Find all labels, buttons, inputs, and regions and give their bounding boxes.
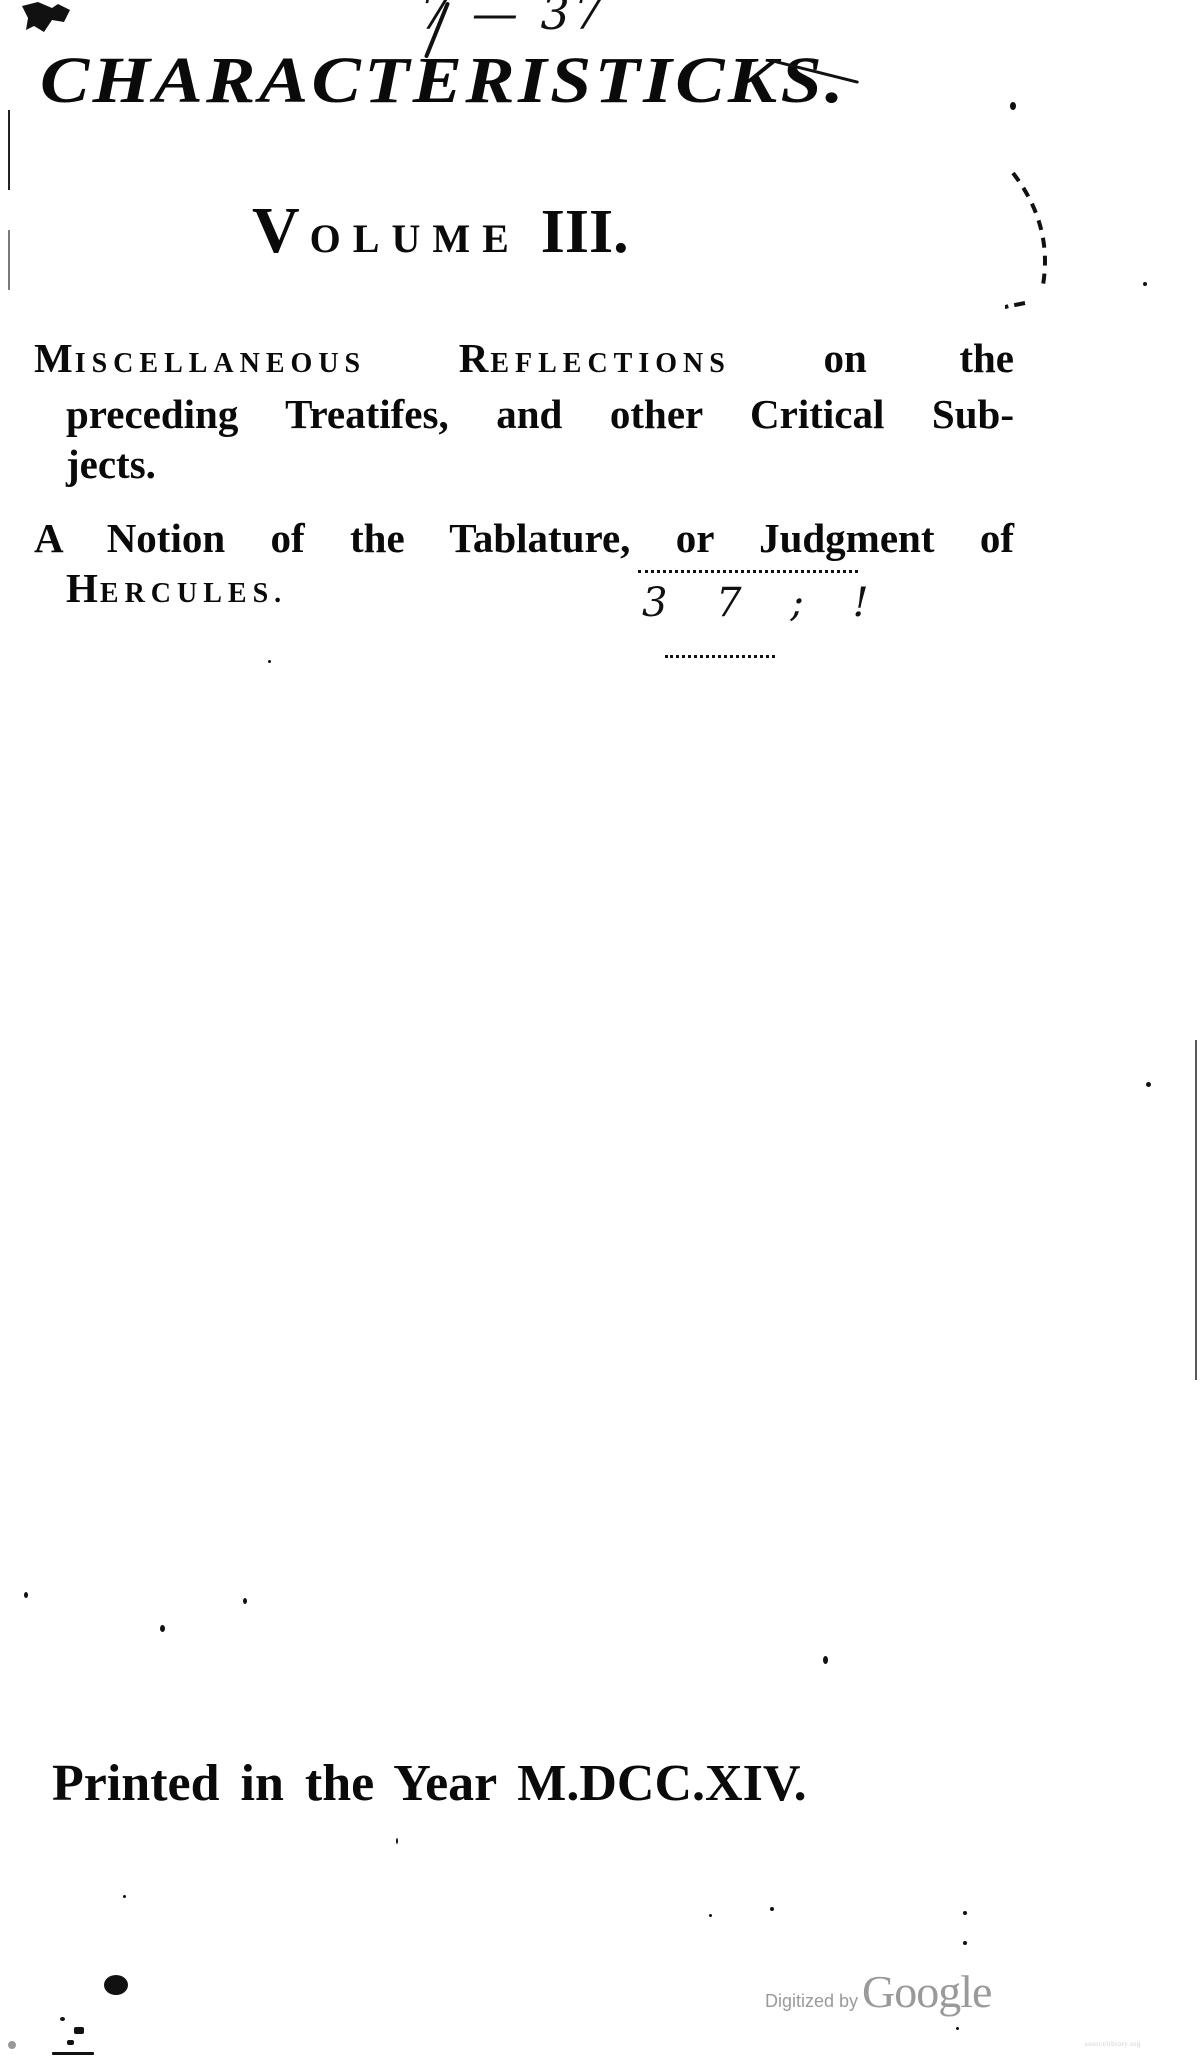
margin-fold-line <box>1195 1040 1197 1380</box>
volume-word: OLUME <box>310 216 521 261</box>
source-watermark: sourcelibrary.org <box>1085 2040 1141 2048</box>
imprint-line: Printed in the Year M.DCC.XIV. <box>52 1758 807 1810</box>
scan-speck <box>52 2052 94 2055</box>
pencil-underline <box>638 570 858 573</box>
smallcaps-word: ISCELLANEOUS <box>75 348 366 379</box>
scan-speck <box>396 1838 398 1844</box>
contents-line: preceding Treatifes, and other Critical … <box>34 389 1014 439</box>
smallcaps-word: ERCULES. <box>100 578 287 609</box>
contents-line: A Notion of the Tablature, or Judgment o… <box>34 513 1014 563</box>
scan-speck <box>770 1907 774 1911</box>
smallcaps-word: EFLECTIONS <box>490 348 731 379</box>
scan-speck <box>1010 102 1016 110</box>
scan-speck <box>823 1656 828 1664</box>
scan-speck <box>268 660 271 663</box>
margin-line-left <box>8 230 10 290</box>
scan-speck <box>8 2041 16 2049</box>
contents-text: on the <box>823 335 1014 381</box>
margin-line-left <box>8 110 10 190</box>
contents-line: jects. <box>34 439 1014 489</box>
volume-number: III. <box>541 198 629 266</box>
digitized-by-google-watermark: Digitized by Google <box>765 1965 991 2018</box>
scan-speck <box>243 1598 247 1604</box>
pencil-underline <box>665 655 775 658</box>
contents-item-miscellaneous-reflections: MISCELLANEOUS REFLECTIONS on the precedi… <box>34 333 1014 489</box>
google-wordmark: Google <box>862 1966 991 2017</box>
scan-speck <box>67 2040 74 2045</box>
initial-h: H <box>66 565 100 611</box>
scan-speck <box>123 1895 126 1898</box>
scan-speck <box>74 2027 84 2034</box>
initial-m: M <box>34 335 75 381</box>
digitized-prefix: Digitized by <box>765 1991 858 2011</box>
scan-speck <box>1146 1082 1151 1087</box>
scan-speck <box>24 1592 28 1598</box>
scan-smudge <box>18 0 78 36</box>
initial-r: R <box>459 335 491 381</box>
volume-initial: V <box>252 194 310 267</box>
scan-speck <box>963 1911 967 1915</box>
contents-line: MISCELLANEOUS REFLECTIONS on the <box>34 333 1014 389</box>
scan-speck <box>160 1625 165 1632</box>
pencil-bracket-mark <box>1005 165 1065 315</box>
scan-speck <box>963 1941 967 1945</box>
scan-speck <box>709 1914 712 1917</box>
handwritten-mark: 3 7 ; ! <box>642 580 887 626</box>
scan-blot <box>104 1975 128 1995</box>
book-title: CHARACTERISTICKS. <box>40 48 847 114</box>
scan-speck <box>1143 282 1147 286</box>
scan-speck <box>60 2017 65 2021</box>
scan-speck <box>956 2027 959 2030</box>
